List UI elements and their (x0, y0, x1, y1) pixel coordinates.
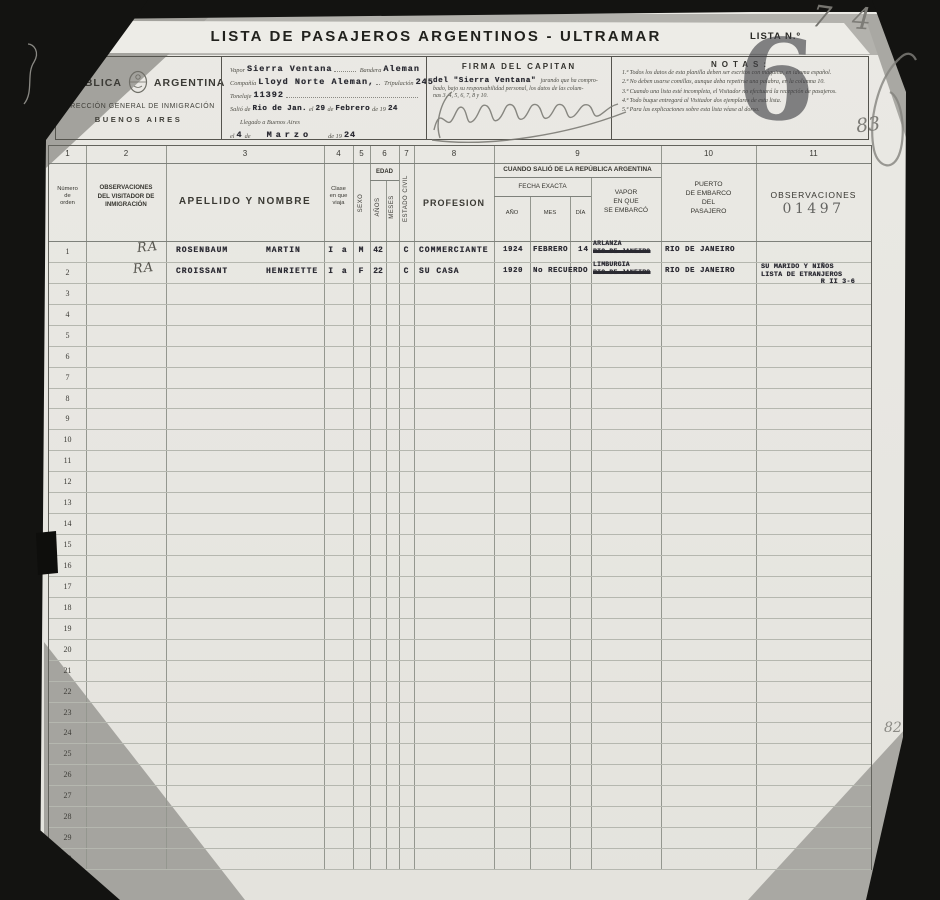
row-line (49, 722, 871, 723)
row-number: 22 (49, 687, 86, 696)
el-label: el (307, 106, 316, 113)
row-line (49, 702, 871, 703)
ship-line-compania: Compañía Lloyd Norte Aleman, Tripulación… (228, 74, 420, 87)
header-edad: EDAD (370, 169, 399, 175)
stamp-number: 01497 (756, 201, 871, 217)
column-subline (530, 196, 531, 869)
header-apellido-nombre: APELLIDO Y NOMBRE (166, 196, 324, 207)
row-number: 17 (49, 582, 86, 591)
bandera-value: Aleman (383, 64, 420, 74)
ship-line-vapor: Vapor Sierra Ventana Bandera Aleman (228, 61, 420, 74)
row-number: 29 (49, 833, 86, 842)
row-line (49, 597, 871, 598)
row-observations: SU MARIDO Y NIÑOSLISTA DE ETRANJEROSR II… (761, 264, 867, 287)
dotted-leader (286, 97, 418, 98)
dotted-leader (334, 71, 355, 72)
header-dia: DÍA (570, 210, 591, 216)
handwritten-82: 82 (884, 720, 902, 736)
edad-underline (370, 180, 399, 181)
row-line (49, 429, 871, 430)
table-row: RA ROSENBAUM MARTIN I a M 42 C COMMERCIA… (49, 243, 871, 264)
row-number: 3 (49, 289, 86, 298)
margin-scribble (24, 44, 36, 104)
row-line (49, 848, 871, 849)
row-line (49, 827, 871, 828)
salio-ano: 24 (388, 105, 398, 113)
row-line (49, 492, 871, 493)
row-number: 7 (49, 373, 86, 382)
header-profesion: PROFESION (414, 198, 494, 208)
col-number: 7 (399, 149, 414, 158)
row-line (49, 450, 871, 451)
row-line (49, 618, 871, 619)
llegado-label: Llegado a Buenos Aires (228, 119, 302, 126)
row-line (49, 534, 871, 535)
captain-block: FIRMA DEL CAPITAN del "Sierra Ventana" j… (426, 57, 611, 139)
row-line (49, 639, 871, 640)
row-number: 19 (49, 624, 86, 633)
column-subline (570, 196, 571, 869)
captain-title: FIRMA DEL CAPITAN (433, 62, 605, 71)
lleg-de19-label: de 19 (312, 133, 344, 140)
header-numero-orden: Númerodeorden (49, 186, 86, 207)
col-number: 11 (756, 149, 871, 158)
header-observaciones: OBSERVACIONES (756, 190, 871, 200)
captain-line2: bado, bajo su responsabilidad personal, … (433, 86, 605, 94)
travel-class: I a (324, 267, 353, 276)
civil-status: C (399, 246, 414, 255)
row-line (49, 388, 871, 389)
exit-vapor: LIMBURGIA RIO DE JANEIRO (593, 261, 650, 277)
compania-value: Lloyd Norte Aleman, (258, 77, 374, 87)
row-number: 5 (49, 331, 86, 340)
col-number: 2 (86, 149, 166, 158)
bandera-label: Bandera (358, 67, 384, 74)
row-line (49, 576, 871, 577)
row-line (49, 555, 871, 556)
big-6-stamp: 6 (735, 33, 816, 130)
row-number: 8 (49, 394, 86, 403)
exit-vapor: ARLANZA RIO DE JANEIRO (593, 240, 650, 256)
ship-line-llegada: el 4 de Marzo de 19 24 (228, 126, 420, 140)
salio-puerto: Rio de Jan. (252, 105, 307, 113)
profession: SU CASA (419, 267, 460, 276)
row-line (49, 681, 871, 682)
tonelaje-value: 11392 (253, 90, 284, 100)
row-number: 9 (49, 414, 86, 423)
row-line (49, 869, 871, 870)
handwritten-83: 83 (855, 113, 882, 138)
row-number: 10 (49, 435, 86, 444)
captain-ship-typed: del "Sierra Ventana" (433, 77, 536, 85)
captain-line1: jurando que ha compro- (541, 78, 598, 84)
row-number: 24 (49, 728, 86, 737)
header-mes: MES (530, 210, 570, 216)
col-number: 5 (353, 149, 370, 158)
de-label: de (325, 106, 335, 113)
page-title: LISTA DE PASAJEROS ARGENTINOS - ULTRAMAR (92, 28, 780, 45)
row-number: 16 (49, 561, 86, 570)
org-country-left: REPÚBLICA (52, 77, 122, 89)
scanned-document: LISTA DE PASAJEROS ARGENTINOS - ULTRAMAR… (0, 0, 940, 900)
row-line (49, 806, 871, 807)
row-line (49, 325, 871, 326)
row-number: 27 (49, 791, 86, 800)
lleg-el-label: el (228, 133, 237, 140)
salio-mes: Febrero (335, 105, 370, 113)
tripulacion-label: Tripulación (382, 80, 415, 87)
fecha-underline (494, 196, 591, 197)
row-line (49, 764, 871, 765)
row-number: 15 (49, 540, 86, 549)
exit-month: No RECUERDO (533, 267, 588, 275)
row-number: 11 (49, 456, 86, 465)
header-observaciones-visitador: OBSERVACIONESDEL VISITADOR DEINMIGRACIÓN (88, 184, 164, 210)
embark-port: RIO DE JANEIRO (665, 246, 735, 254)
header-anos: AÑOS (375, 185, 381, 229)
lleg-mes: Marzo (253, 130, 313, 140)
row-line (49, 785, 871, 786)
lleg-de-label: de (243, 133, 253, 140)
row-number: 18 (49, 603, 86, 612)
col-number: 9 (494, 149, 661, 158)
row-number: 21 (49, 666, 86, 675)
row-line (49, 660, 871, 661)
row-line (49, 367, 871, 368)
header-line (49, 163, 871, 164)
ship-line-tonelaje: Tonelaje 11392 (228, 87, 420, 100)
salio-label: Salió de (228, 106, 252, 113)
sex: F (353, 267, 370, 276)
ship-line-salida: Salió de Rio de Jan. el 29 de Febrero de… (228, 100, 420, 113)
col-number: 8 (414, 149, 494, 158)
header-line (49, 241, 871, 242)
header-estado-civil: ESTADO CIVIL (403, 178, 409, 222)
age-years: 22 (370, 267, 386, 276)
row-line (49, 471, 871, 472)
exit-month: FEBRERO (533, 246, 568, 254)
embark-port: RIO DE JANEIRO (665, 267, 735, 275)
travel-class: I a (324, 246, 353, 255)
col-number: 4 (324, 149, 353, 158)
header-vapor-embarco: VAPOREN QUESE EMBARCÓ (591, 188, 661, 215)
org-department: DIRECCIÓN GENERAL DE INMIGRACIÓN (56, 103, 221, 110)
row-number: 28 (49, 812, 86, 821)
coat-of-arms-icon (127, 68, 149, 97)
header-cuando-salio: CUANDO SALIÓ DE LA REPÚBLICA ARGENTINA (495, 166, 660, 173)
header-fecha-exacta: FECHA EXACTA (494, 183, 591, 190)
row-number: 4 (49, 310, 86, 319)
org-city: BUENOS AIRES (56, 115, 221, 124)
vapor-value: Sierra Ventana (247, 64, 332, 74)
surname: CROISSANT (176, 267, 228, 276)
table-row: RA CROISSANT HENRIETTE I a F 22 C SU CAS… (49, 264, 871, 285)
visitor-mark: RA (136, 239, 159, 256)
header-meses: MESES (389, 185, 395, 229)
row-number: 25 (49, 749, 86, 758)
profession: COMMERCIANTE (419, 246, 489, 255)
ship-line-llegada-label: Llegado a Buenos Aires (228, 113, 420, 126)
list-line: R II 3-6 (761, 279, 867, 287)
row-line (49, 346, 871, 347)
row-line (49, 408, 871, 409)
row-number: 6 (49, 352, 86, 361)
given-name: MARTIN (266, 246, 301, 255)
row-number: 26 (49, 770, 86, 779)
tonelaje-label: Tonelaje (228, 93, 253, 100)
age-years: 42 (370, 246, 386, 255)
exit-year: 1920 (495, 267, 531, 275)
org-block: REPÚBLICA ARGENTINA DIRECCIÓN GENERAL DE… (56, 57, 221, 139)
vapor-label: Vapor (228, 67, 247, 74)
header-ano: AÑO (494, 210, 530, 216)
col-number: 3 (166, 149, 324, 158)
handwritten-list-no-2: 4 (851, 1, 872, 37)
row-number: 23 (49, 708, 86, 717)
sex: M (353, 246, 370, 255)
row-number: 13 (49, 498, 86, 507)
dotted-leader (376, 84, 380, 85)
captain-line3: nas 3, 4, 5, 6, 7, 8 y 10. (433, 93, 605, 101)
col-number: 10 (661, 149, 756, 158)
ship-info-block: Vapor Sierra Ventana Bandera Aleman Comp… (221, 57, 426, 139)
row-number: 30 (49, 854, 86, 863)
visitor-mark: RA (132, 260, 155, 277)
cuando-underline (494, 177, 661, 178)
row-number: 12 (49, 477, 86, 486)
row-number: 14 (49, 519, 86, 528)
civil-status: C (399, 267, 414, 276)
lleg-ano: 24 (344, 130, 356, 140)
header-clase: Claseen queviaja (324, 186, 353, 207)
col-number: 6 (370, 149, 399, 158)
de19-label: de 19 (370, 106, 388, 113)
exit-day: 14 (571, 246, 589, 254)
passenger-table: 1 2 3 4 5 6 7 8 9 10 11 Númerodeorden OB… (48, 145, 872, 870)
row-line (49, 743, 871, 744)
row-line (49, 304, 871, 305)
row-line (49, 513, 871, 514)
org-country-right: ARGENTINA (154, 77, 225, 89)
exit-year: 1924 (495, 246, 531, 254)
salio-dia: 29 (316, 105, 326, 113)
compania-label: Compañía (228, 80, 258, 87)
surname: ROSENBAUM (176, 246, 228, 255)
header-puerto-embarco: PUERTODE EMBARCODELPASAJERO (661, 180, 756, 216)
row-number: 20 (49, 645, 86, 654)
given-name: HENRIETTE (266, 267, 318, 276)
col-number: 1 (49, 149, 86, 158)
header-sexo: SEXO (358, 181, 364, 225)
